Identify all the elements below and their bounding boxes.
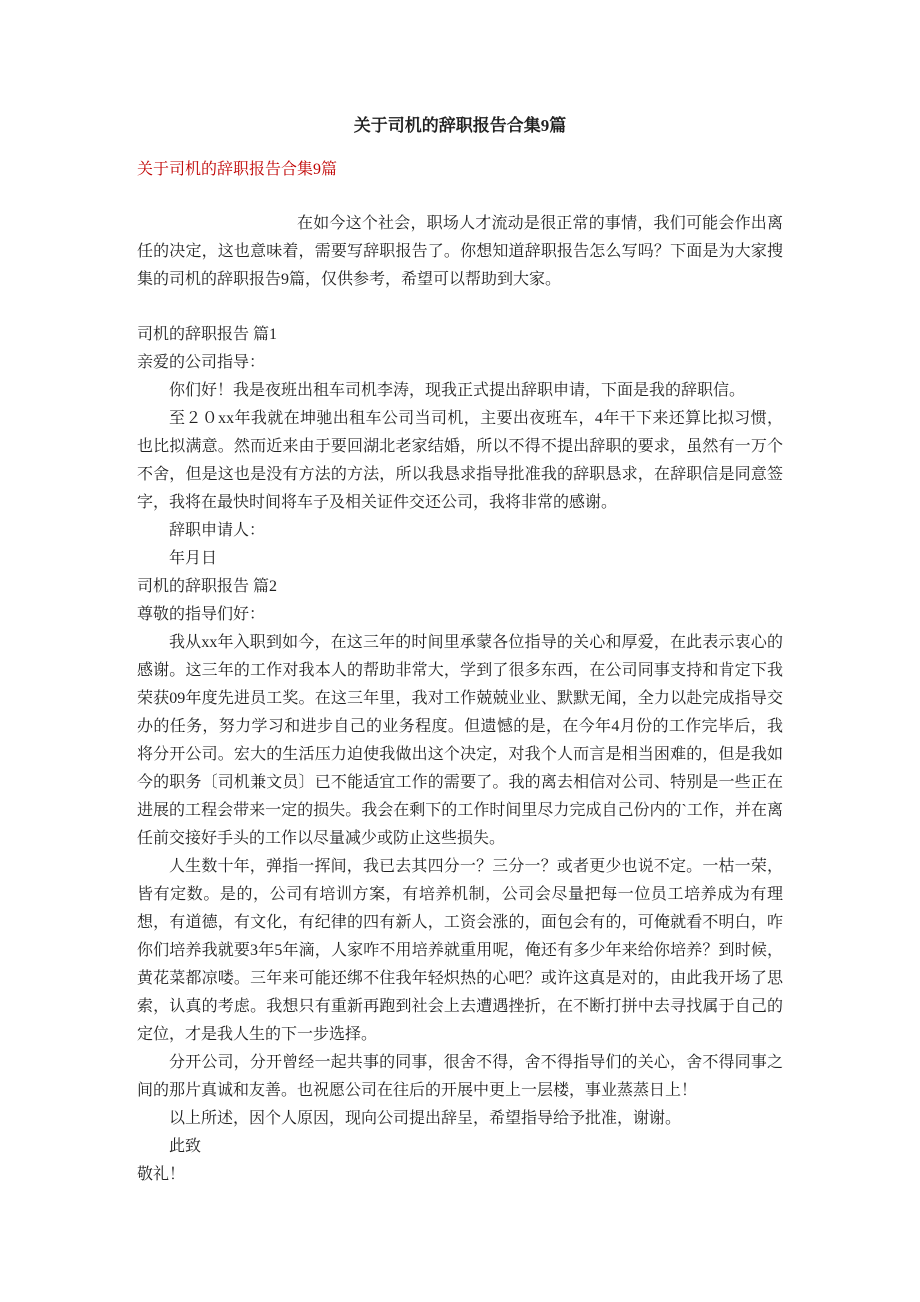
document-title: 关于司机的辞职报告合集9篇 <box>137 112 783 140</box>
body-paragraph: 尊敬的指导们好： <box>137 601 783 629</box>
body-paragraph: 至２０xx年我就在坤驰出租车公司当司机，主要出夜班车，4年干下来还算比拟习惯，也… <box>137 405 783 517</box>
section-heading: 司机的辞职报告 篇1 <box>137 321 783 349</box>
body-paragraph: 辞职申请人： <box>137 517 783 545</box>
body-paragraph: 你们好！我是夜班出租车司机李涛，现我正式提出辞职申请，下面是我的辞职信。 <box>137 377 783 405</box>
body-paragraph: 分开公司，分开曾经一起共事的同事，很舍不得，舍不得指导们的关心，舍不得同事之间的… <box>137 1049 783 1105</box>
document-page: 关于司机的辞职报告合集9篇 关于司机的辞职报告合集9篇 在如今这个社会，职场人才… <box>0 0 920 1302</box>
document-subtitle-red: 关于司机的辞职报告合集9篇 <box>137 156 783 184</box>
body-paragraph: 我从xx年入职到如今，在这三年的时间里承蒙各位指导的关心和厚爱，在此表示衷心的感… <box>137 629 783 853</box>
document-sections: 司机的辞职报告 篇1亲爱的公司指导：你们好！我是夜班出租车司机李涛，现我正式提出… <box>137 321 783 1189</box>
body-paragraph: 年月日 <box>137 545 783 573</box>
body-paragraph: 人生数十年，弹指一挥间，我已去其四分一？三分一？或者更少也说不定。一枯一荣，皆有… <box>137 853 783 1049</box>
body-paragraph: 亲爱的公司指导： <box>137 349 783 377</box>
body-paragraph: 以上所述，因个人原因，现向公司提出辞呈，希望指导给予批准，谢谢。 <box>137 1105 783 1133</box>
intro-paragraph: 在如今这个社会，职场人才流动是很正常的事情，我们可能会作出离任的决定，这也意味着… <box>137 210 783 294</box>
body-paragraph: 此致 <box>137 1133 783 1161</box>
body-paragraph: 敬礼！ <box>137 1161 783 1189</box>
section-heading: 司机的辞职报告 篇2 <box>137 573 783 601</box>
